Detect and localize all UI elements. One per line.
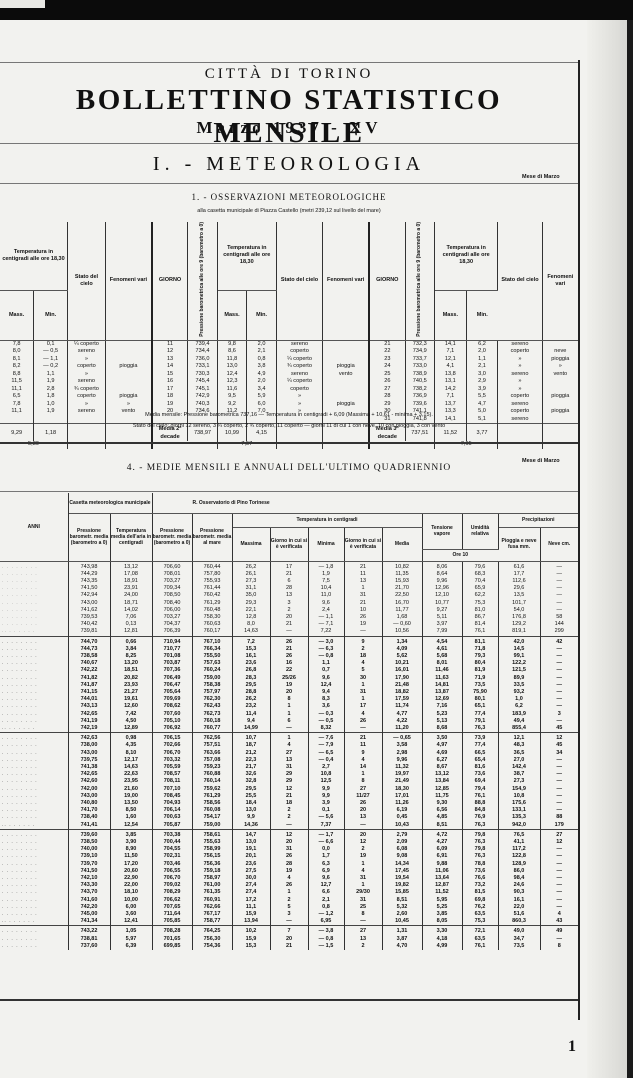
o-pressure-sea-cell: 758,61 [192,829,232,839]
pressure-cell: 740,3 [188,401,218,409]
table-row: · · · · · · · ·744,0119,61709,69762,3026… [0,696,578,703]
temp-min-cell: 2,9 [466,378,498,386]
c-pressure-cell: 744,01 [68,696,110,703]
rain-cell: 819,1 [498,628,540,636]
max-temp-cell: 27,3 [232,578,270,585]
mean-temp-cell: 19,97 [382,771,422,778]
min-temp-cell: 11,0 [308,592,344,599]
table-row: · · · · · · · ·741,8723,93706,47758,3829… [0,682,578,689]
min-temp-cell: 6,95 [308,918,344,926]
precip-header: Precipitazioni [498,513,578,527]
snow-cell: — [540,689,578,696]
min-temp-cell: 9,6 [308,675,344,682]
o-pressure-cell: 700,44 [152,839,192,846]
table-row: · · · · · · · ·742,6522,63708,57760,8832… [0,771,578,778]
o-pressure-cell: 708,11 [152,778,192,785]
table-row: · · · · · · · ·742,1022,90706,70758,9730… [0,875,578,882]
min-temp-cell: — 7,9 [308,742,344,749]
temp-max-cell: 12,1 [435,356,467,364]
o-pressure-cell: 708,57 [152,771,192,778]
mean-temp-cell: 22,50 [382,592,422,599]
vapour-cell: 9,30 [422,800,462,807]
vapour-cell: 11,06 [422,868,462,875]
year-cell: · · · · · · · · [0,807,68,814]
pressure-cell: 745,1 [188,386,218,394]
c-pressure-cell: 742,20 [68,904,110,911]
max-temp-cell: 10,2 [232,926,270,936]
min-day-cell: 13 [344,814,382,821]
year-cell: · · · · · · · · [0,897,68,904]
year-cell: · · · · · · · · [0,875,68,882]
temp-min-cell: 0,8 [247,356,277,364]
max-temp-cell: 14,36 [232,822,270,830]
vapour-cell: 13,64 [422,875,462,882]
vapour-cell: 4,18 [422,936,462,943]
mean-temp-cell: 3,87 [382,936,422,943]
phenomena-cell [105,340,151,348]
o-pressure-cell: 706,00 [152,607,192,614]
max-day-cell: 19 [270,868,308,875]
mean-temp-cell: 11,26 [382,800,422,807]
humidity-cell: 77,4 [462,742,498,749]
scan-right-edge [627,20,633,1078]
o-pressure-sea-cell: 761,29 [192,600,232,607]
max-day-cell: — [270,822,308,830]
year-cell: · · · · · · · · [0,675,68,682]
stato-header: Stato del cielo [498,222,542,340]
humidity-cell: 69,8 [462,897,498,904]
sky-state-cell: » [498,386,542,394]
humidity-cell: 78,8 [462,861,498,868]
temp-min-cell: 1,8 [34,393,68,401]
o-pressure-sea-cell: 766,34 [192,646,232,653]
snow-cell: — [540,718,578,725]
c-temp-cell: 24,00 [110,592,152,599]
mean-temp-cell: 16,01 [382,667,422,674]
c-pressure-cell: 741,62 [68,607,110,614]
humidity-cell: 73,2 [462,882,498,889]
max-day-cell: 13 [270,592,308,599]
snow-cell: 34 [540,750,578,757]
phenomena-cell: » [542,363,578,371]
year-cell: · · · · · · · · [0,585,68,592]
temp-min-cell: 2,1 [466,363,498,371]
vapour-cell: 5,95 [422,897,462,904]
mean-temp-cell: 6,19 [382,807,422,814]
min-day-cell: 2 [344,943,382,950]
min-temp-cell: 9,6 [308,875,344,882]
table-row: 11,12,8¾ coperto17745,111,63,4coperto277… [0,386,578,394]
o-pressure-sea-cell: 760,17 [192,628,232,636]
max-day-cell: 26 [270,853,308,860]
max-day-cell: 20 [270,689,308,696]
temp-max-cell: 9,5 [217,393,247,401]
o-pressure-cell: 700,63 [152,814,192,821]
max-day-cell: 26 [270,636,308,646]
vapour-cell: 3,97 [422,621,462,628]
min-day-cell: 2 [344,646,382,653]
min-temp-cell: 6,6 [308,889,344,896]
table-row: · · · · · · · ·738,503,90700,44755,6313,… [0,839,578,846]
snow-cell: 144 [540,621,578,628]
min-temp-cell: 6,3 [308,861,344,868]
min-day-cell: 17 [344,703,382,710]
temp-max-cell: 8,8 [0,371,34,379]
rain-cell: 10,8 [498,793,540,800]
o-pressure-sea-cell: 759,18 [192,868,232,875]
year-cell: ·· · · · · · · [0,822,68,830]
year-cell: · · · · · · · · [0,689,68,696]
snow-cell: 45 [540,742,578,749]
min-day-cell: 12 [344,839,382,846]
min-day-cell: 9 [344,636,382,646]
pressure-cell: 739,6 [405,401,435,409]
anni-header: ANNI [0,493,68,561]
osservatorio-header: R. Osservatorio di Pino Torinese [152,493,578,513]
c-pressure-cell: 741,34 [68,918,110,926]
table-row: · · · · · · · ·741,6214,02706,00760,4822… [0,607,578,614]
humidity-cell: 73,9 [462,733,498,743]
snow-cell: — [540,653,578,660]
snow-cell: 8 [540,943,578,950]
max-day-cell: 16 [270,660,308,667]
phenomena-cell: pioggia [105,393,151,401]
min-day-cell: 4 [344,711,382,718]
max-temp-cell: 8,0 [232,621,270,628]
c-temp-cell: 23,91 [110,585,152,592]
min-day-cell: 21 [344,733,382,743]
c-pressure-cell: 741,38 [68,764,110,771]
snow-cell: — [540,897,578,904]
c-pressure-cell: 738,81 [68,936,110,943]
massima-header: Massima [232,527,270,561]
min-temp-cell: — 0,8 [308,936,344,943]
max-day-cell: 29 [270,771,308,778]
temp-max-cell: 13,8 [435,371,467,379]
vapour-cell: 4,69 [422,750,462,757]
table4-title: 4. - MEDIE MENSILI E ANNUALI DELL'ULTIMO… [0,463,578,473]
sky-state-cell: » [68,371,106,379]
o-pressure-sea-cell: 760,18 [192,718,232,725]
page-frame-right [578,60,580,1020]
day-cell: 14 [152,363,188,371]
table-row: · · · · · · · ·745,003,60711,64767,1715,… [0,911,578,918]
c-pressure-cell: 739,75 [68,757,110,764]
max-temp-cell: 15,9 [232,911,270,918]
o-pressure-sea-cell: 758,56 [192,800,232,807]
year-cell: · · · · · · · · [0,904,68,911]
sky-state-cell: sereno [498,401,542,409]
o-pressure-sea-cell: 764,25 [192,926,232,936]
o-pressure-sea-cell: 759,00 [192,675,232,682]
rain-cell: 121,5 [498,667,540,674]
divider [0,183,578,184]
humidity-cell: 65,4 [462,757,498,764]
humidity-cell: 79,3 [462,653,498,660]
vapour-cell: 14,81 [422,682,462,689]
section-title: I. - METEOROLOGIA [0,153,578,176]
max-temp-cell: 22,1 [232,607,270,614]
max-day-cell: 26 [270,653,308,660]
max-temp-cell: 25,5 [232,793,270,800]
min-temp-cell: 8,3 [308,696,344,703]
scan-corner [0,0,45,8]
rain-cell: 90,3 [498,889,540,896]
o-pressure-cell: 710,77 [152,646,192,653]
mean-temp-cell: 17,01 [382,793,422,800]
vapour-cell: 12,96 [422,585,462,592]
year-cell: · · · · · · · · [0,757,68,764]
max-day-cell: 21 [270,793,308,800]
vapour-cell: 8,01 [422,660,462,667]
media-header: Media [382,527,422,561]
c-temp-cell: 12,17 [110,757,152,764]
year-cell: · · · · · · · · [0,926,68,936]
c-temp-cell: 13,12 [110,561,152,571]
vapour-cell: 5,23 [422,711,462,718]
c-pressure-cell: 742,65 [68,771,110,778]
o-pressure-cell: 708,45 [152,793,192,800]
vapour-cell: 3,85 [422,911,462,918]
pressure-cell: 745,4 [188,378,218,386]
rain-cell: 42,0 [498,636,540,646]
mean-temp-cell: 10,21 [382,660,422,667]
o-pressure-cell: 702,66 [152,742,192,749]
humidity-cell: 73,5 [462,682,498,689]
c-pressure-cell: 742,10 [68,875,110,882]
c-temp-cell: 3,90 [110,839,152,846]
min-temp-cell: — 6,6 [308,839,344,846]
table-row: · · · · · · · ·739,7017,20703,46756,3623… [0,861,578,868]
table-row: · · · · · · · ·743,3518,91703,27755,9327… [0,578,578,585]
min-temp-cell: 0,0 [308,846,344,853]
humidity-cell: 72,1 [462,926,498,936]
o-pressure-sea-cell: 755,63 [192,839,232,846]
temp-min-cell: — 1,1 [34,356,68,364]
mean-temp-cell: 21,48 [382,682,422,689]
max-day-cell: 22 [270,667,308,674]
average-row: ·· · · · · · ·739,8112,81706,39760,1714,… [0,628,578,636]
table-row: · · · · · · · ·740,008,90704,55758,9919,… [0,846,578,853]
max-day-cell: 17 [270,561,308,571]
o-pressure-cell: 709,69 [152,696,192,703]
snow-cell: 4 [540,911,578,918]
mean-temp-cell: 3,58 [382,742,422,749]
snow-cell: — [540,889,578,896]
phenomena-cell: vento [323,371,369,379]
humidity-cell: 81,6 [462,764,498,771]
table-row: · · · · · · · ·743,9813,12706,60760,4426… [0,561,578,571]
phenomena-cell [542,378,578,386]
rain-cell: 860,3 [498,918,540,926]
c-temp-cell: 8,25 [110,653,152,660]
temp-max-cell: 7,1 [435,348,467,356]
vapour-cell: 4,54 [422,636,462,646]
year-cell: · · · · · · · · [0,711,68,718]
o-pressure-sea-cell: 758,30 [192,614,232,621]
min-day-cell: 10 [344,607,382,614]
mean-temp-cell: 5,62 [382,653,422,660]
table-row: · · · · · · · ·738,588,25701,08755,5016,… [0,653,578,660]
humidity-cell: 76,3 [462,822,498,830]
rain-cell: 1,0 [498,696,540,703]
snow-cell: 179 [540,822,578,830]
rain-cell: 99,1 [498,653,540,660]
max-temp-cell: 29,3 [232,600,270,607]
temp-max-cell: 13,0 [217,363,247,371]
sky-state-cell: » [276,393,322,401]
max-temp-cell: 32,6 [232,771,270,778]
min-temp-cell: 2,1 [308,897,344,904]
max-header: Mass. [0,290,34,340]
snow-cell: — [540,800,578,807]
min-day-cell: 1 [344,861,382,868]
mean-temp-cell: 17,45 [382,868,422,875]
max-day-cell: 27 [270,750,308,757]
snow-cell: 299 [540,628,578,636]
o-pressure-cell: 708,50 [152,592,192,599]
min-day-cell: 25 [344,904,382,911]
c-temp-cell: 11,50 [110,853,152,860]
o-pressure-sea-cell: 754,36 [192,943,232,950]
rain-cell: 112,6 [498,578,540,585]
temp-min-cell: 6,2 [466,340,498,348]
temp-min-cell: 6,0 [247,401,277,409]
humidity-cell: 79,1 [462,718,498,725]
pressure-cell: 738,2 [405,386,435,394]
max-temp-cell: 27,4 [232,882,270,889]
humidity-cell: 79,8 [462,846,498,853]
snow-cell: 27 [540,829,578,839]
max-temp-cell: 13,94 [232,918,270,926]
rain-cell: 12,1 [498,733,540,743]
vapour-cell: 13,12 [422,771,462,778]
c-temp-cell: 0,98 [110,733,152,743]
temp-min-cell: 2,1 [247,348,277,356]
min-temp-cell: 1,1 [308,660,344,667]
pressure-cell: 734,9 [405,348,435,356]
c-pressure-cell: 739,53 [68,614,110,621]
temp-group-header: Temperatura in centigradi [232,513,422,527]
rain-cell: 175,6 [498,800,540,807]
mean-temp-cell: 11,77 [382,607,422,614]
snow-cell: 12 [540,733,578,743]
max-day-cell: 21 [270,943,308,950]
humidity-cell: 79,6 [462,561,498,571]
umidita-header: Umidità relativa [462,513,498,549]
min-temp-cell: 10,8 [308,771,344,778]
sky-state-cell: ¼ coperto [276,356,322,364]
sky-state-cell: » [68,356,106,364]
o-pressure-cell: 707,60 [152,711,192,718]
snow-cell: — [540,861,578,868]
snow-cell: — [540,585,578,592]
max-temp-cell: 21,2 [232,750,270,757]
snow-cell: — [540,853,578,860]
min-day-cell: 31 [344,592,382,599]
max-day-cell: 28 [270,585,308,592]
rain-cell: 122,8 [498,853,540,860]
max-temp-cell: 23,2 [232,703,270,710]
min-temp-cell: — 7,1 [308,621,344,628]
average-row: ·· · · · · · ·741,4112,54705,87759,0014,… [0,822,578,830]
vapour-cell: 3,50 [422,733,462,743]
mean-temp-cell: 11,74 [382,703,422,710]
o-pressure-cell: 706,47 [152,682,192,689]
c-pressure-cell: 741,15 [68,689,110,696]
year-cell: · · · · · · · · [0,868,68,875]
vapour-cell: 8,51 [422,822,462,830]
vapour-cell: 13,84 [422,778,462,785]
c-pressure-cell: 739,70 [68,861,110,868]
c-temp-cell: 5,97 [110,936,152,943]
min-header: Min. [34,290,68,340]
o-pressure-cell: 706,39 [152,628,192,636]
phenomena-cell [542,340,578,348]
table-row: · · · · · · · ·739,7512,17703,32757,0822… [0,757,578,764]
min-temp-cell: — 1,1 [308,614,344,621]
o-pressure-cell: 707,10 [152,786,192,793]
min-temp-cell: — 0,3 [308,711,344,718]
c-temp-cell: 23,95 [110,778,152,785]
min-day-cell: 26 [344,614,382,621]
humidity-cell: 81,4 [462,621,498,628]
year-cell: · · · · · · · · [0,703,68,710]
c-temp-cell: 22,63 [110,771,152,778]
vapour-cell: 7,16 [422,703,462,710]
o-pressure-sea-cell: 763,66 [192,750,232,757]
o-pressure-sea-cell: 761,35 [192,889,232,896]
pressure-cell: 733,0 [405,363,435,371]
temp-min-cell: 5,5 [466,393,498,401]
day-cell: 26 [369,378,405,386]
o-pressure-sea-cell: 759,62 [192,786,232,793]
c-temp-cell: 3,84 [110,646,152,653]
o-pressure-cell: 704,93 [152,800,192,807]
o-pressure-sea-cell: 760,08 [192,807,232,814]
temp-min-cell: 0,1 [34,340,68,348]
max-temp-cell: 11,4 [232,711,270,718]
c-temp-cell: 18,10 [110,889,152,896]
mean-temp-cell: 6,08 [382,846,422,853]
vapour-cell: 6,09 [422,846,462,853]
rain-cell: 101,7 [498,600,540,607]
year-cell: · · · · · · · · [0,733,68,743]
max-temp-cell: 27,5 [232,868,270,875]
sky-state-cell: » [498,356,542,364]
max-temp-cell: 13,0 [232,807,270,814]
table-row: · · · · · · · ·744,733,84710,77766,3415,… [0,646,578,653]
max-temp-cell: 15,3 [232,943,270,950]
max-day-cell: 31 [270,764,308,771]
rain-cell: 129,2 [498,621,540,628]
table-row: · · · · · · · ·741,8220,82706,49759,0028… [0,675,578,682]
phenomena-cell [323,348,369,356]
table-row: · · · · · · · ·739,603,85703,38758,6114,… [0,829,578,839]
pioggia-header: Pioggia e neve fusa mm. [498,527,540,561]
table-row: · · · · · · · ·744,700,66710,94767,107,2… [0,636,578,646]
table-row: · · · · · · · ·744,2917,08708,01757,8026… [0,571,578,578]
day-cell: 17 [152,386,188,394]
mean-temp-cell: 14,34 [382,861,422,868]
temp-max-cell: 7,1 [435,393,467,401]
o-pressure-sea-cell: 762,73 [192,711,232,718]
neve-header: Neve cm. [540,527,578,561]
snow-cell: — [540,807,578,814]
divider [0,442,578,444]
o-pressure-sea-cell: 756,30 [192,936,232,943]
humidity-cell: 76,6 [462,875,498,882]
